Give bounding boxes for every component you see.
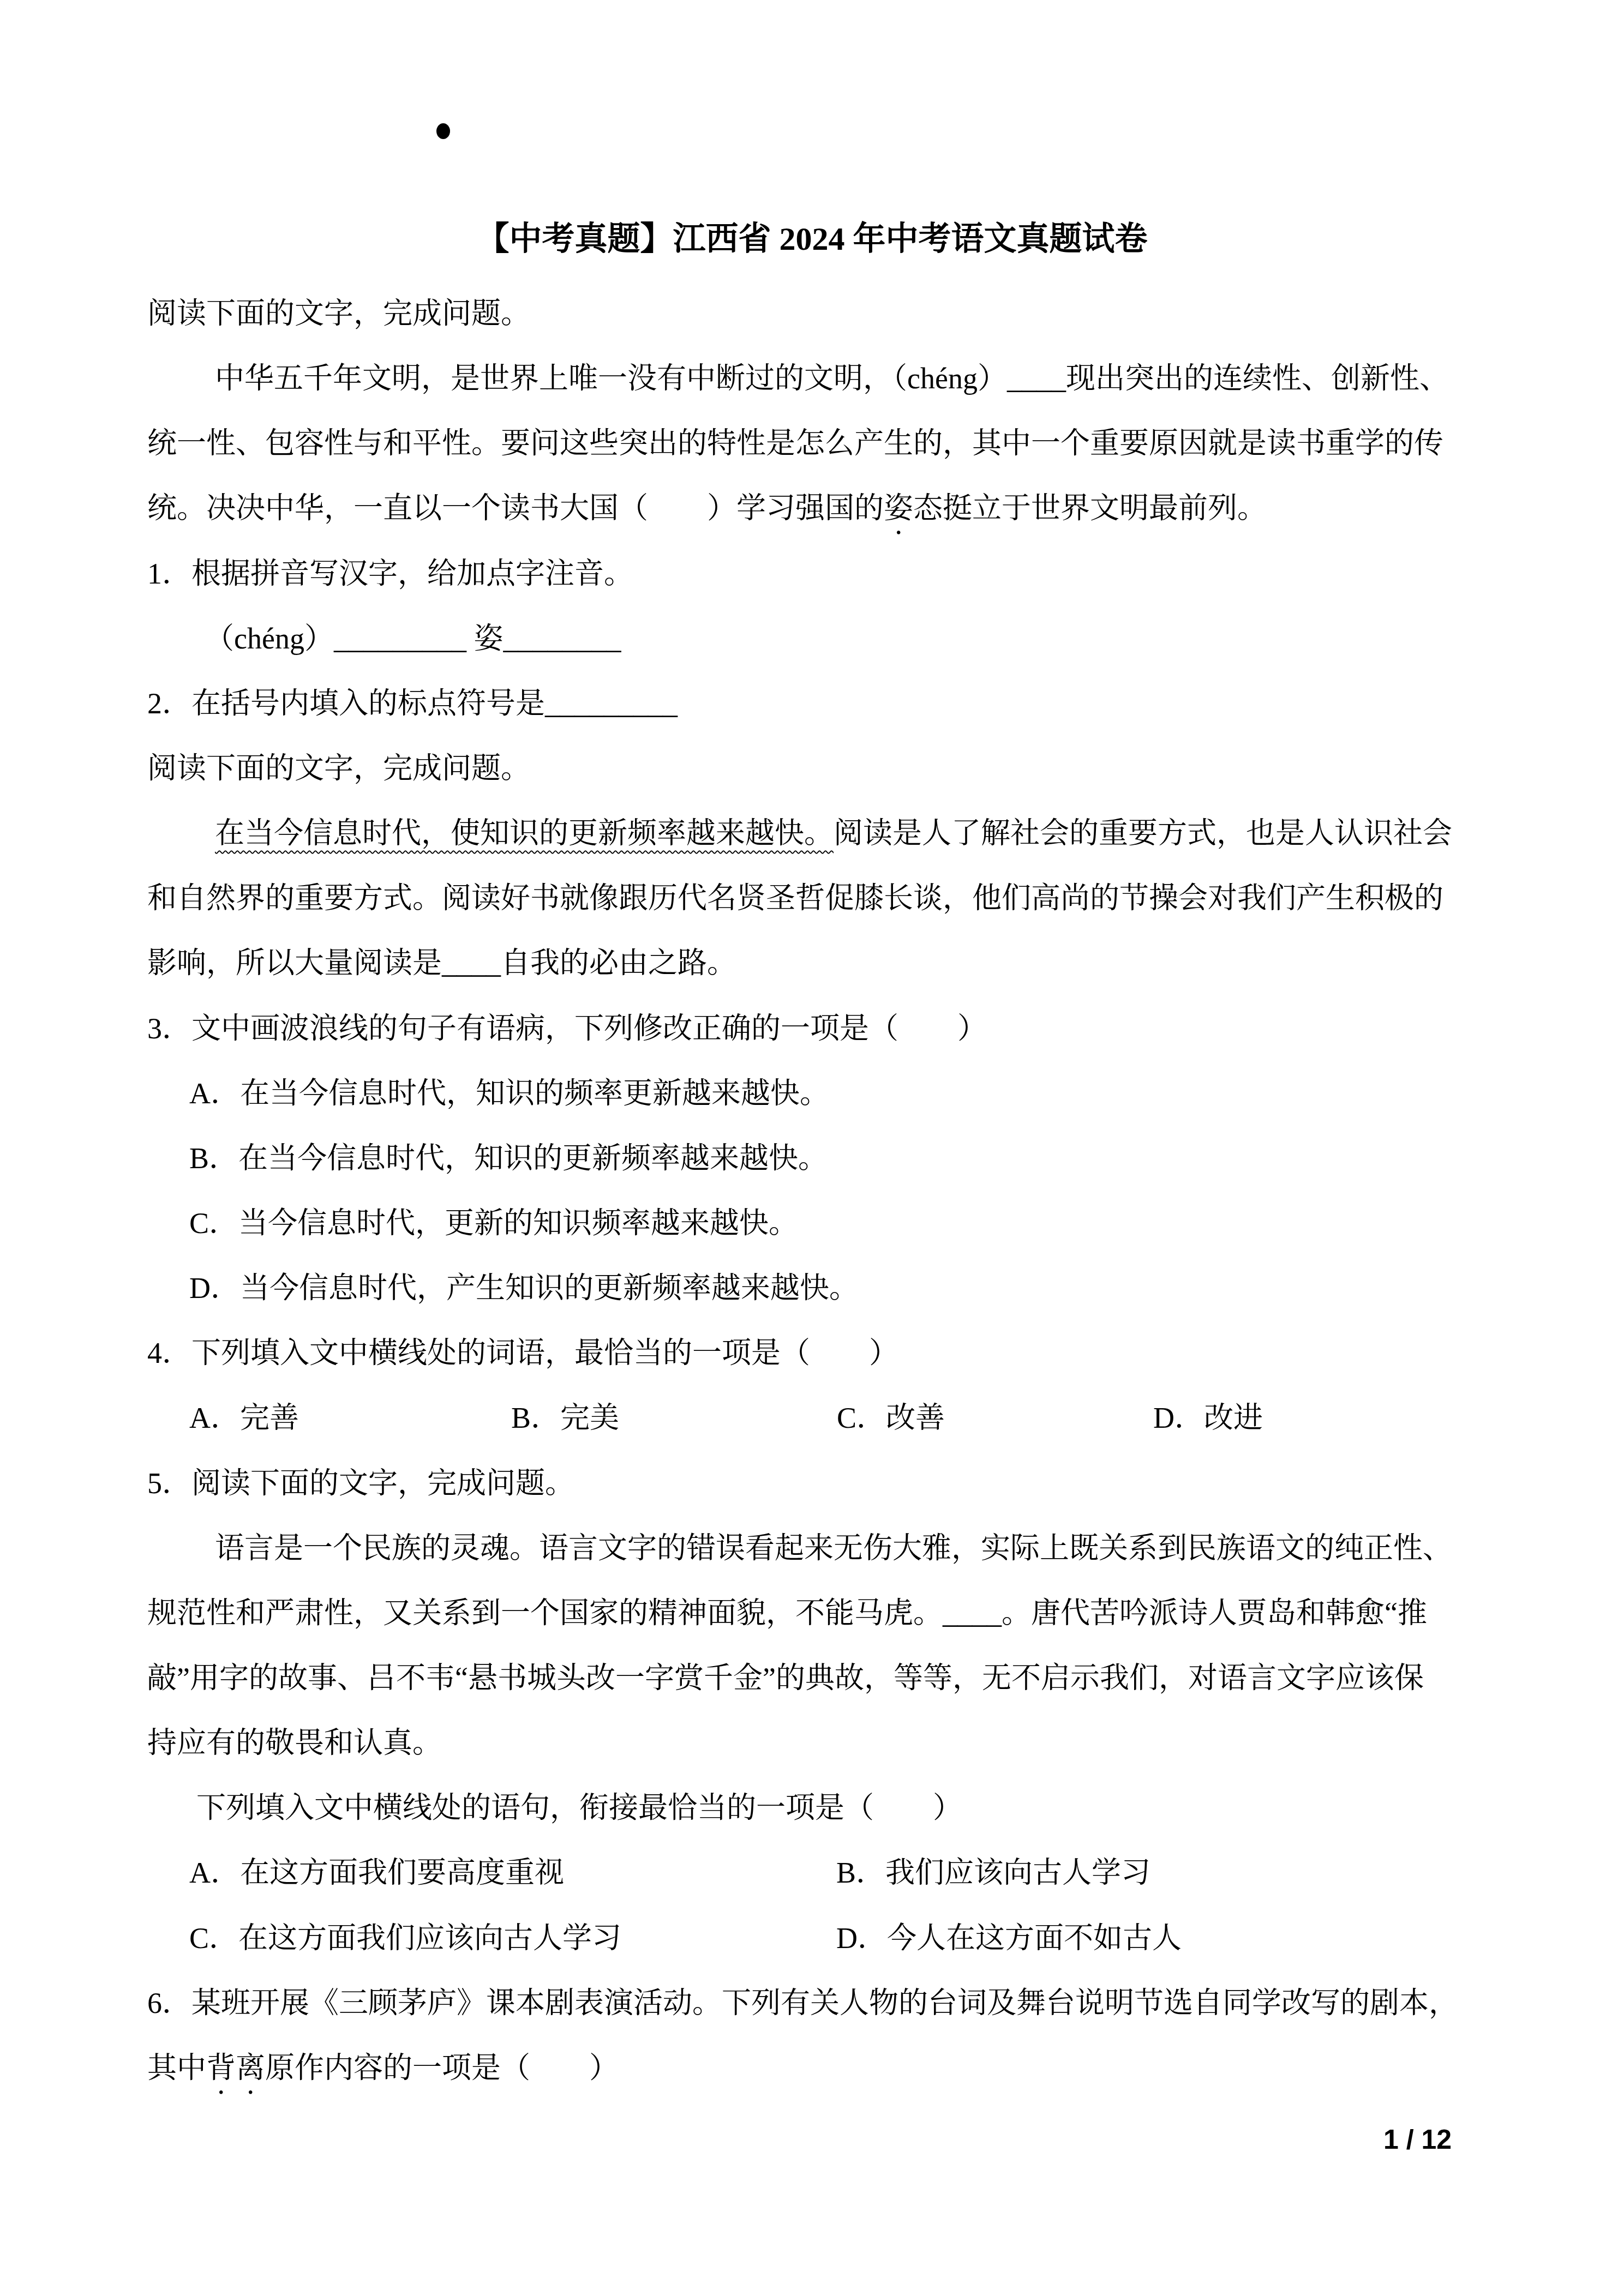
question-6-line-2: 其中背离原作内容的一项是（ ）: [147, 2036, 1495, 2101]
passage1-line-1: 中华五千年文明，是世界上唯一没有中断过的文明，（chéng）____现出突出的连…: [147, 346, 1562, 411]
wavy-underlined-clause: 在当今信息时代，使知识的更新频率越来越快。: [215, 817, 834, 850]
passage3-line-1: 语言是一个民族的灵魂。语言文字的错误看起来无伤大雅，实际上既关系到民族语文的纯正…: [147, 1516, 1562, 1581]
passage3-line-4: 持应有的敬畏和认真。: [147, 1711, 1495, 1776]
stray-dot-mark: [436, 123, 450, 139]
question-4-option-a: A．完善: [189, 1386, 511, 1451]
question-3-option-b: B．在当今信息时代，知识的更新频率越来越快。: [147, 1126, 1537, 1191]
question-4-option-c: C．改善: [837, 1386, 1153, 1451]
question-5-option-c: C．在这方面我们应该向古人学习: [189, 1906, 836, 1971]
emphasis-dot-word-beili: 背离: [206, 2052, 265, 2084]
question-4-options-row: A．完善B．完美C．改善D．改进: [147, 1386, 1537, 1451]
question-3-label: 3．文中画波浪线的句子有语病，下列修改正确的一项是（ ）: [147, 996, 1495, 1061]
question-2-label: 2．在括号内填入的标点符号是_________: [147, 671, 1495, 736]
passage3-line-3: 敲”用字的故事、吕不韦“悬书城头改一字赏千金”的典故，等等，无不启示我们，对语言…: [147, 1646, 1495, 1711]
passage1-line-2: 统一性、包容性与和平性。要问这些突出的特性是怎么产生的，其中一个重要原因就是读书…: [147, 411, 1495, 476]
question-3-option-c: C．当今信息时代，更新的知识频率越来越快。: [147, 1191, 1537, 1256]
question-1-answer-line: （chéng）_________ 姿________: [147, 606, 1552, 671]
question-6-line-1: 6．某班开展《三顾茅庐》课本剧表演活动。下列有关人物的台词及舞台说明节选自同学改…: [147, 1971, 1495, 2036]
question-5-option-d: D．今人在这方面不如古人: [836, 1906, 1182, 1971]
passage2-line-1-rest: 阅读是人了解社会的重要方式，也是人认识社会: [834, 817, 1452, 850]
question-6-line-2-pre: 其中: [147, 2052, 206, 2084]
emphasis-dot-char-zi: 姿: [884, 492, 913, 525]
question-5-sub-label: 下列填入文中横线处的语句，衔接最恰当的一项是（ ）: [147, 1776, 1544, 1841]
question-6-line-2-post: 原作内容的一项是（ ）: [265, 2052, 619, 2084]
reading-prompt-1: 阅读下面的文字，完成问题。: [147, 281, 1495, 346]
question-5-options-row-2: C．在这方面我们应该向古人学习D．今人在这方面不如古人: [147, 1906, 1537, 1971]
page-title: 【中考真题】江西省 2024 年中考语文真题试卷: [0, 209, 1624, 269]
question-3-option-a: A．在当今信息时代，知识的频率更新越来越快。: [147, 1061, 1537, 1126]
reading-prompt-2: 阅读下面的文字，完成问题。: [147, 736, 1495, 801]
passage2-line-2: 和自然界的重要方式。阅读好书就像跟历代名贤圣哲促膝长谈，他们高尚的节操会对我们产…: [147, 866, 1495, 931]
passage2-line-1: 在当今信息时代，使知识的更新频率越来越快。阅读是人了解社会的重要方式，也是人认识…: [147, 801, 1562, 866]
question-5-option-b: B．我们应该向古人学习: [836, 1841, 1150, 1906]
passage1-line-3-post: 态挺立于世界文明最前列。: [913, 492, 1267, 525]
question-5-options-row-1: A．在这方面我们要高度重视B．我们应该向古人学习: [147, 1841, 1537, 1906]
passage1-line-3: 统。决决中华，一直以一个读书大国（ ）学习强国的姿态挺立于世界文明最前列。: [147, 476, 1495, 541]
passage3-line-2: 规范性和严肃性，又关系到一个国家的精神面貌，不能马虎。____。唐代苦吟派诗人贾…: [147, 1581, 1495, 1646]
question-4-label: 4．下列填入文中横线处的词语，最恰当的一项是（ ）: [147, 1321, 1495, 1386]
document-page: 【中考真题】江西省 2024 年中考语文真题试卷 阅读下面的文字，完成问题。 中…: [0, 0, 1624, 2296]
question-5-label: 5．阅读下面的文字，完成问题。: [147, 1451, 1495, 1516]
passage1-line-3-pre: 统。决决中华，一直以一个读书大国（ ）学习强国的: [147, 492, 884, 525]
question-1-label: 1．根据拼音写汉字，给加点字注音。: [147, 542, 1495, 606]
question-3-option-d: D．当今信息时代，产生知识的更新频率越来越快。: [147, 1256, 1537, 1321]
question-4-option-d: D．改进: [1153, 1386, 1263, 1451]
question-5-option-a: A．在这方面我们要高度重视: [189, 1841, 836, 1906]
passage2-line-3: 影响，所以大量阅读是____自我的必由之路。: [147, 931, 1495, 996]
question-4-option-b: B．完美: [511, 1386, 837, 1451]
page-number: 1 / 12: [1383, 2123, 1452, 2156]
